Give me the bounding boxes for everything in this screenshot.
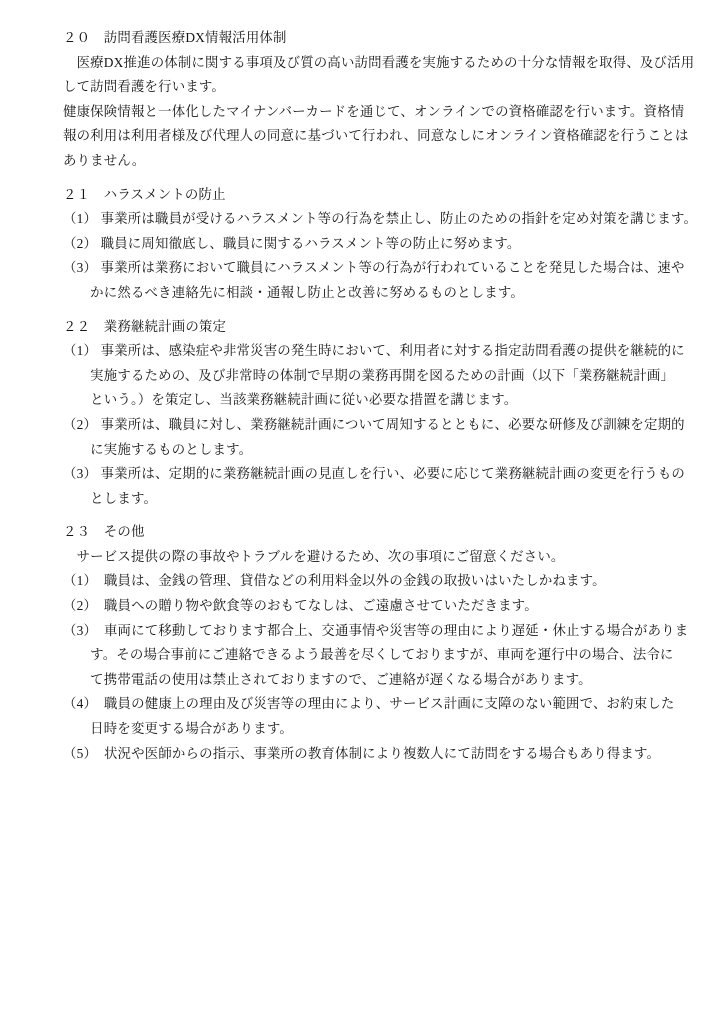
document-line: （3） 車両にて移動しております都合上、交通事情や災害等の理由により遅延・休止す… (63, 619, 680, 644)
document-line: （2） 職員への贈り物や飲食等のおもてなしは、ご遠慮させていただきます。 (63, 594, 680, 619)
document-line: 報の利用は利用者様及び代理人の同意に基づいて行われ、同意なしにオンライン資格確認… (63, 124, 680, 149)
document-line: す。その場合事前にご連絡できるよう最善を尽くしておりますが、車両を運行中の場合、… (63, 643, 680, 668)
section-heading: ２２ 業務継続計画の策定 (63, 315, 680, 340)
section-heading: ２３ その他 (63, 520, 680, 545)
document-line: （5） 状況や医師からの指示、事業所の教育体制により複数人にて訪問をする場合もあ… (63, 742, 680, 767)
document-line: て携帯電話の使用は禁止されておりますので、ご連絡が遅くなる場合があります。 (63, 668, 680, 693)
document-line: して訪問看護を行います。 (63, 75, 680, 100)
document-line: ありません。 (63, 149, 680, 174)
document-line: サービス提供の際の事故やトラブルを避けるため、次の事項にご留意ください。 (63, 545, 680, 570)
document-line: 医療DX推進の体制に関する事項及び質の高い訪問看護を実施するための十分な情報を取… (63, 51, 680, 76)
document-line: とします。 (63, 487, 680, 512)
document-line: 健康保険情報と一体化したマイナンバーカードを通じて、オンラインでの資格確認を行い… (63, 100, 680, 125)
document-line: （3） 事業所は、定期的に業務継続計画の見直しを行い、必要に応じて業務継続計画の… (63, 462, 680, 487)
document-line: という。）を策定し、当該業務継続計画に従い必要な措置を講じます。 (63, 388, 680, 413)
document-line: （2） 職員に周知徹底し、職員に関するハラスメント等の防止に努めます。 (63, 232, 680, 257)
section-23-other: ２３ その他 サービス提供の際の事故やトラブルを避けるため、次の事項にご留意くだ… (63, 520, 680, 766)
document-line: 日時を変更する場合があります。 (63, 717, 680, 742)
document-line: かに然るべき連絡先に相談・通報し防止と改善に努めるものとします。 (63, 281, 680, 306)
document-line: （4） 職員の健康上の理由及び災害等の理由により、サービス計画に支障のない範囲で… (63, 692, 680, 717)
section-heading: ２１ ハラスメントの防止 (63, 183, 680, 208)
document-line: （1） 事業所は、感染症や非常災害の発生時において、利用者に対する指定訪問看護の… (63, 339, 680, 364)
document-line: 実施するための、及び非常時の体制で早期の業務再開を図るための計画（以下「業務継続… (63, 364, 680, 389)
document-line: （1） 職員は、金銭の管理、貸借などの利用料金以外の金銭の取扱いはいたしかねます… (63, 569, 680, 594)
document-line: （1） 事業所は職員が受けるハラスメント等の行為を禁止し、防止のための指針を定め… (63, 207, 680, 232)
document-line: （3） 事業所は業務において職員にハラスメント等の行為が行われていることを発見し… (63, 256, 680, 281)
section-20-dx-information: ２０ 訪問看護医療DX情報活用体制 医療DX推進の体制に関する事項及び質の高い訪… (63, 26, 680, 174)
document-line: に実施するものとします。 (63, 438, 680, 463)
section-22-business-continuity-plan: ２２ 業務継続計画の策定 （1） 事業所は、感染症や非常災害の発生時において、利… (63, 315, 680, 512)
document-line: （2） 事業所は、職員に対し、業務継続計画について周知するとともに、必要な研修及… (63, 413, 680, 438)
section-21-harassment-prevention: ２１ ハラスメントの防止 （1） 事業所は職員が受けるハラスメント等の行為を禁止… (63, 183, 680, 306)
document-page: ２０ 訪問看護医療DX情報活用体制 医療DX推進の体制に関する事項及び質の高い訪… (0, 0, 724, 1024)
section-heading: ２０ 訪問看護医療DX情報活用体制 (63, 26, 680, 51)
